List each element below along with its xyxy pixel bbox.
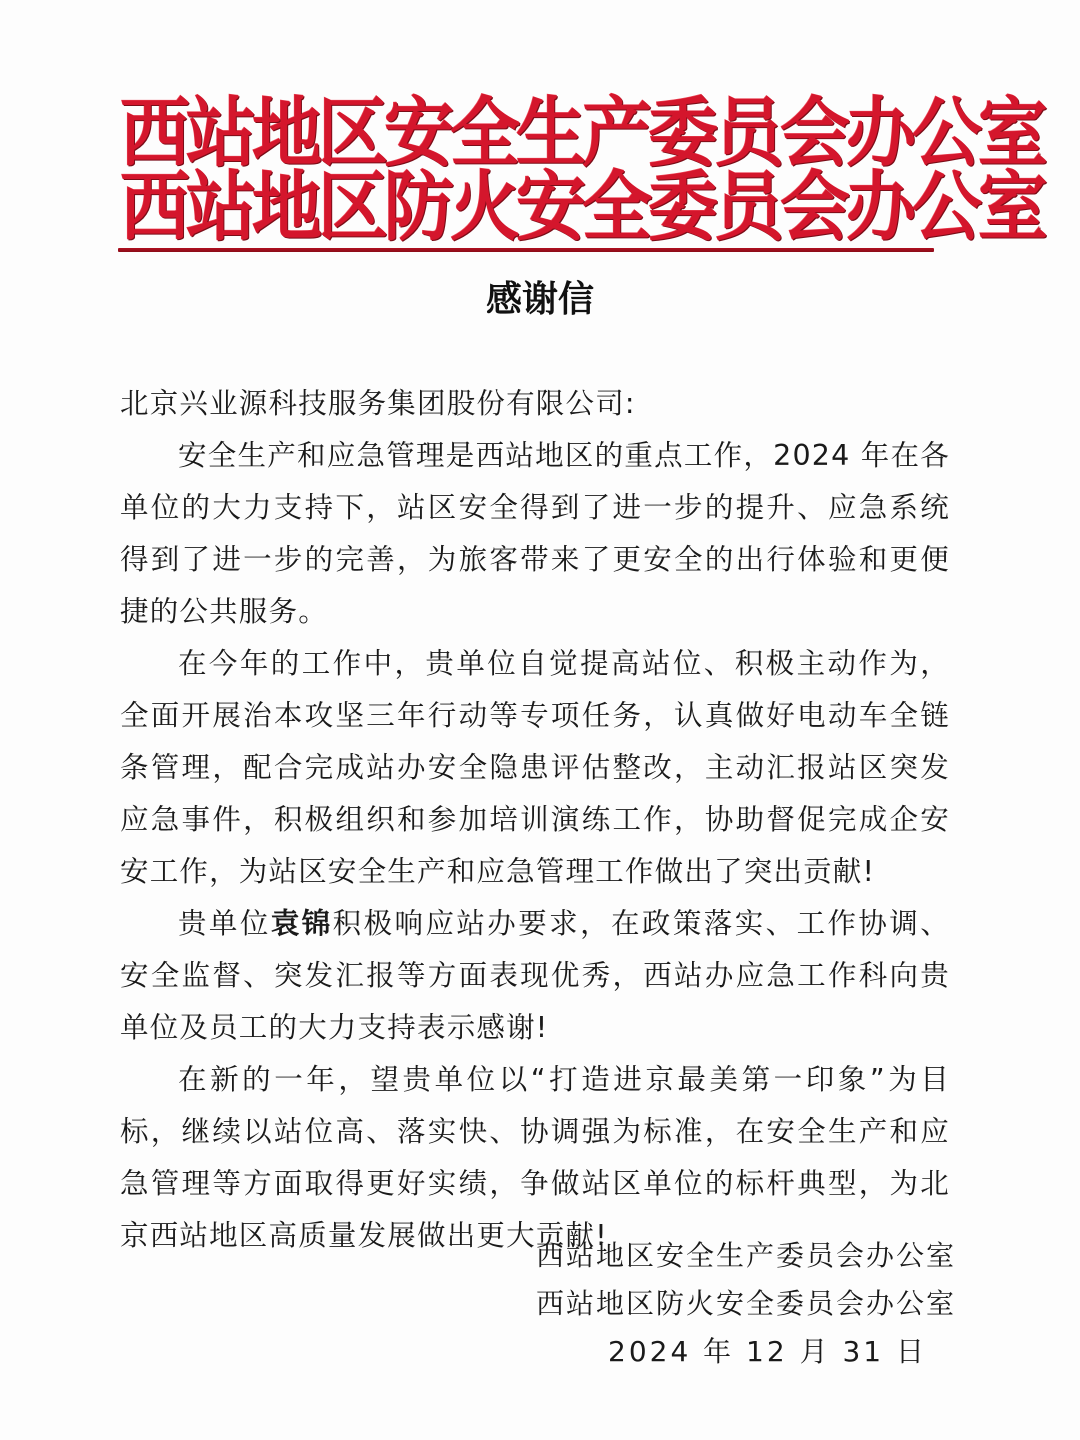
signature-org-1: 西站地区安全生产委员会办公室: [536, 1232, 956, 1280]
signature-block: 西站地区安全生产委员会办公室 西站地区防火安全委员会办公室 2024 年 12 …: [536, 1232, 956, 1376]
paragraph-4: 在新的一年，望贵单位以“打造进京最美第一印象”为目标，继续以站位高、落实快、协调…: [120, 1054, 950, 1262]
letterhead-divider: [118, 248, 934, 252]
signature-date: 2024 年 12 月 31 日: [536, 1328, 956, 1376]
letter-title: 感谢信: [0, 270, 1080, 330]
letter-page: 西站地区安全生产委员会办公室 西站地区防火安全委员会办公室 感谢信 北京兴业源科…: [0, 0, 1080, 1440]
letter-body: 北京兴业源科技服务集团股份有限公司: 安全生产和应急管理是西站地区的重点工作，2…: [120, 378, 950, 1262]
letterhead: 西站地区安全生产委员会办公室 西站地区防火安全委员会办公室: [120, 96, 930, 244]
paragraph-1: 安全生产和应急管理是西站地区的重点工作，2024 年在各单位的大力支持下，站区安…: [120, 430, 950, 638]
paragraph-2: 在今年的工作中，贵单位自觉提高站位、积极主动作为，全面开展治本攻坚三年行动等专项…: [120, 638, 950, 898]
salutation: 北京兴业源科技服务集团股份有限公司:: [120, 378, 950, 430]
letterhead-line-2: 西站地区防火安全委员会办公室: [120, 167, 930, 247]
paragraph-3: 贵单位袁锦积极响应站办要求，在政策落实、工作协调、安全监督、突发汇报等方面表现优…: [120, 898, 950, 1054]
paragraph-3-prefix: 贵单位: [178, 907, 271, 940]
signature-org-2: 西站地区防火安全委员会办公室: [536, 1280, 956, 1328]
honoree-name: 袁锦: [271, 907, 333, 940]
